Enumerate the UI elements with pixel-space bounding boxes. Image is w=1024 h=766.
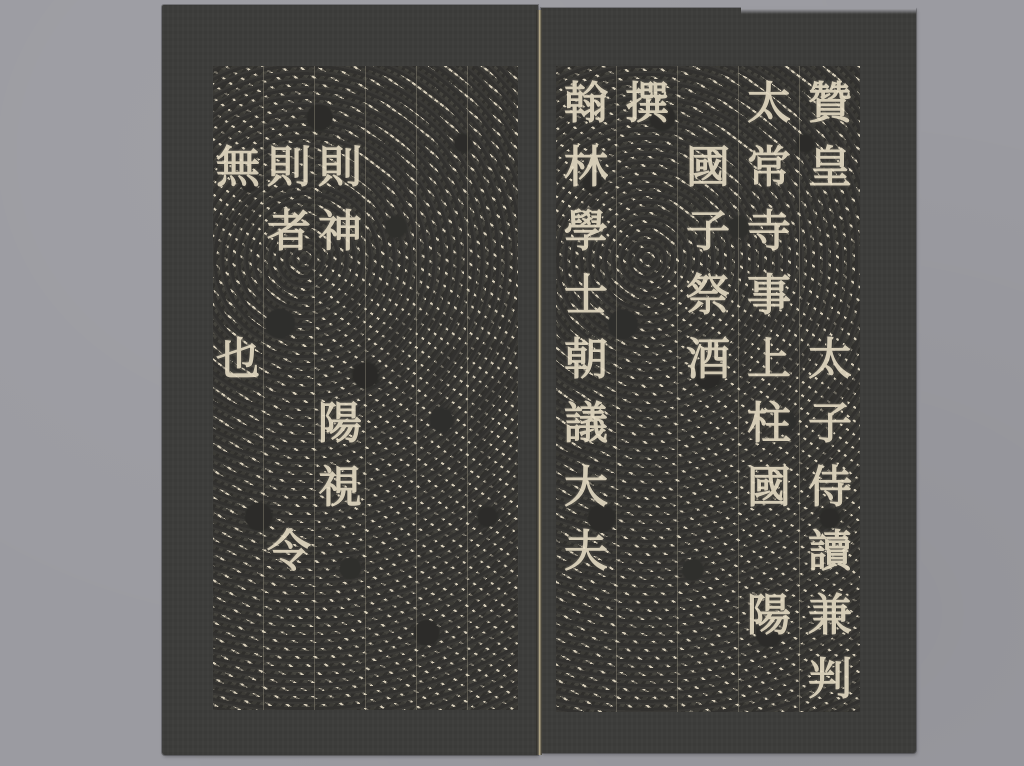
- glyph: 視: [318, 456, 362, 520]
- glyph: 學: [564, 200, 608, 264]
- glyph: 上: [747, 328, 791, 392]
- text-column: ​ 無 ​ ​ 也 ​ ​ ​ ​ ​: [213, 66, 263, 710]
- left-rubbing-panel: ​ ​ ​ ​ ​ ​ ​ ​ ​ ​ ​ ​ ​ ​ ​ ​ ​ ​ ​ ​ …: [213, 66, 518, 710]
- glyph: 皇: [808, 136, 852, 200]
- glyph: 子: [808, 392, 852, 456]
- text-column: ​ ​ ​ ​ ​ ​ ​ ​ ​ ​: [467, 66, 518, 710]
- right-rubbing-panel: 贊 皇 ​ ​ 太 子 侍 讀 兼 判 太 常 寺 事 上 柱 國 ​ 陽 ​ …: [556, 66, 860, 712]
- glyph: 陽: [747, 584, 791, 648]
- text-column: ​ 則 神 ​ ​ 陽 視 ​ ​ ​: [314, 66, 365, 710]
- glyph: 者: [267, 200, 311, 264]
- glyph: 朝: [564, 328, 608, 392]
- glyph: 子: [686, 200, 730, 264]
- glyph: 無: [216, 136, 260, 200]
- text-column: ​ 國 子 祭 酒 ​ ​ ​ ​ ​: [677, 66, 738, 712]
- glyph: 撰: [625, 72, 669, 136]
- text-column: 太 常 寺 事 上 柱 國 ​ 陽 ​: [738, 66, 799, 712]
- text-column: ​ ​ ​ ​ ​ ​ ​ ​ ​ ​: [365, 66, 416, 710]
- glyph: 讀: [808, 520, 852, 584]
- glyph: 林: [564, 136, 608, 200]
- glyph: 神: [318, 200, 362, 264]
- glyph: 祭: [686, 264, 730, 328]
- glyph: 士: [564, 264, 608, 328]
- glyph: 判: [808, 648, 852, 712]
- glyph: 令: [267, 520, 311, 584]
- album-spine-gutter: [536, 10, 542, 755]
- glyph: 議: [564, 392, 608, 456]
- left-text-columns: ​ ​ ​ ​ ​ ​ ​ ​ ​ ​ ​ ​ ​ ​ ​ ​ ​ ​ ​ ​ …: [213, 66, 518, 710]
- glyph: 贊: [808, 72, 852, 136]
- glyph: 國: [747, 456, 791, 520]
- glyph: 太: [747, 72, 791, 136]
- right-text-columns: 贊 皇 ​ ​ 太 子 侍 讀 兼 判 太 常 寺 事 上 柱 國 ​ 陽 ​ …: [556, 66, 860, 712]
- glyph: 侍: [808, 456, 852, 520]
- glyph: 大: [564, 456, 608, 520]
- glyph: 事: [747, 264, 791, 328]
- glyph: 常: [747, 136, 791, 200]
- text-column: ​ 則 者 ​ ​ ​ ​ 令 ​ ​: [263, 66, 314, 710]
- text-column: 撰 ​ ​ ​ ​ ​ ​ ​ ​ ​: [616, 66, 677, 712]
- glyph: 夫: [564, 520, 608, 584]
- text-column: 翰 林 學 士 朝 議 大 夫 ​ ​: [556, 66, 616, 712]
- torn-corner: [741, 6, 916, 16]
- glyph: 兼: [808, 584, 852, 648]
- glyph: 寺: [747, 200, 791, 264]
- glyph: 也: [216, 328, 260, 392]
- glyph: 太: [808, 328, 852, 392]
- glyph: 翰: [564, 72, 608, 136]
- glyph: 柱: [747, 392, 791, 456]
- text-column: ​ ​ ​ ​ ​ ​ ​ ​ ​ ​: [416, 66, 467, 710]
- text-column: 贊 皇 ​ ​ 太 子 侍 讀 兼 判: [799, 66, 860, 712]
- glyph: 則: [267, 136, 311, 200]
- glyph: 則: [318, 136, 362, 200]
- glyph: 國: [686, 136, 730, 200]
- glyph: 陽: [318, 392, 362, 456]
- glyph: 酒: [686, 328, 730, 392]
